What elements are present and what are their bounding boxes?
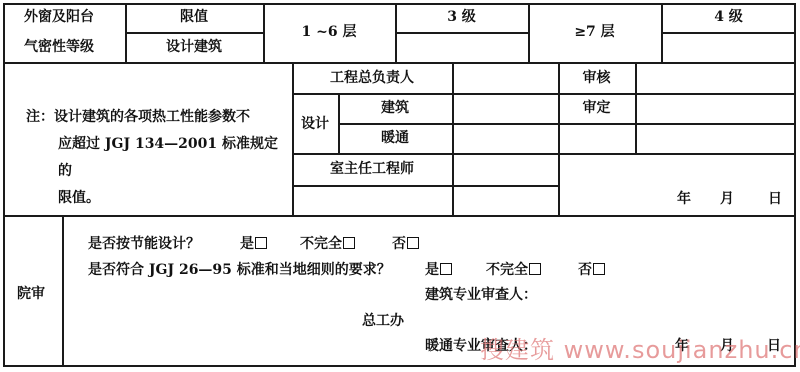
divider <box>125 32 263 34</box>
divider <box>395 32 528 34</box>
office-director-label: 室主任工程师 <box>292 161 452 177</box>
checkbox-icon[interactable] <box>407 237 419 249</box>
hvac-label: 暖通 <box>338 130 452 146</box>
high-rise-limit: 4 级 <box>661 9 796 25</box>
signoff-month-label: 月 <box>720 191 734 207</box>
option-label: 是 <box>425 262 439 278</box>
divider <box>452 62 454 215</box>
question-standard-compliance: 是否符合 JGJ 26—95 标准和当地细则的要求？ <box>88 262 391 278</box>
watermark: 搜建筑 www.soujianzhu.cn <box>480 330 800 365</box>
q1-option-yes[interactable]: 是 <box>240 236 267 252</box>
question-energy-design: 是否按节能设计？ <box>88 236 200 252</box>
q1-option-no[interactable]: 否 <box>392 236 419 252</box>
checkbox-icon[interactable] <box>529 263 541 275</box>
design-label: 设计建筑 <box>125 39 263 55</box>
option-label: 否 <box>578 262 592 278</box>
note-text: 注：设计建筑的各项热工性能参数不 应超过 JGJ 134—2001 标准规定的 … <box>26 104 288 212</box>
note-line2: 应超过 JGJ 134—2001 标准规定的 <box>26 131 288 185</box>
signoff-day-label: 日 <box>768 191 782 207</box>
divider <box>292 93 796 95</box>
note-line3: 限值。 <box>26 185 288 212</box>
option-label: 否 <box>392 236 406 252</box>
checkbox-icon[interactable] <box>343 237 355 249</box>
divider <box>292 185 558 187</box>
divider <box>635 62 637 153</box>
option-label: 不完全 <box>486 262 528 278</box>
architecture-label: 建筑 <box>338 100 452 116</box>
row-label-line1: 外窗及阳台 <box>24 9 94 25</box>
low-rise-limit: 3 级 <box>395 9 528 25</box>
low-rise-label: 1 ~6 层 <box>263 24 395 40</box>
limit-label: 限值 <box>125 9 263 25</box>
divider <box>62 215 64 367</box>
option-label: 是 <box>240 236 254 252</box>
divider <box>3 215 796 217</box>
checkbox-icon[interactable] <box>440 263 452 275</box>
divider <box>3 62 796 64</box>
q2-option-no[interactable]: 否 <box>578 262 605 278</box>
q2-option-yes[interactable]: 是 <box>425 262 452 278</box>
chief-office-label: 总工办 <box>362 313 404 329</box>
option-label: 不完全 <box>300 236 342 252</box>
note-line1: 注：设计建筑的各项热工性能参数不 <box>26 104 288 131</box>
divider <box>292 153 796 155</box>
q1-option-partial[interactable]: 不完全 <box>300 236 355 252</box>
divider <box>338 123 796 125</box>
approve-label: 审定 <box>558 100 635 116</box>
signoff-year-label: 年 <box>677 191 691 207</box>
divider <box>661 32 796 34</box>
arch-reviewer-label: 建筑专业审查人： <box>425 287 537 303</box>
checkbox-icon[interactable] <box>593 263 605 275</box>
checkbox-icon[interactable] <box>255 237 267 249</box>
design-group-label: 设计 <box>292 116 338 132</box>
high-rise-label: ≥7 层 <box>528 24 661 40</box>
institute-review-label: 院审 <box>17 286 45 302</box>
chief-engineer-label: 工程总负责人 <box>292 70 452 86</box>
q2-option-partial[interactable]: 不完全 <box>486 262 541 278</box>
row-label-line2: 气密性等级 <box>24 39 94 55</box>
review-label: 审核 <box>558 70 635 86</box>
